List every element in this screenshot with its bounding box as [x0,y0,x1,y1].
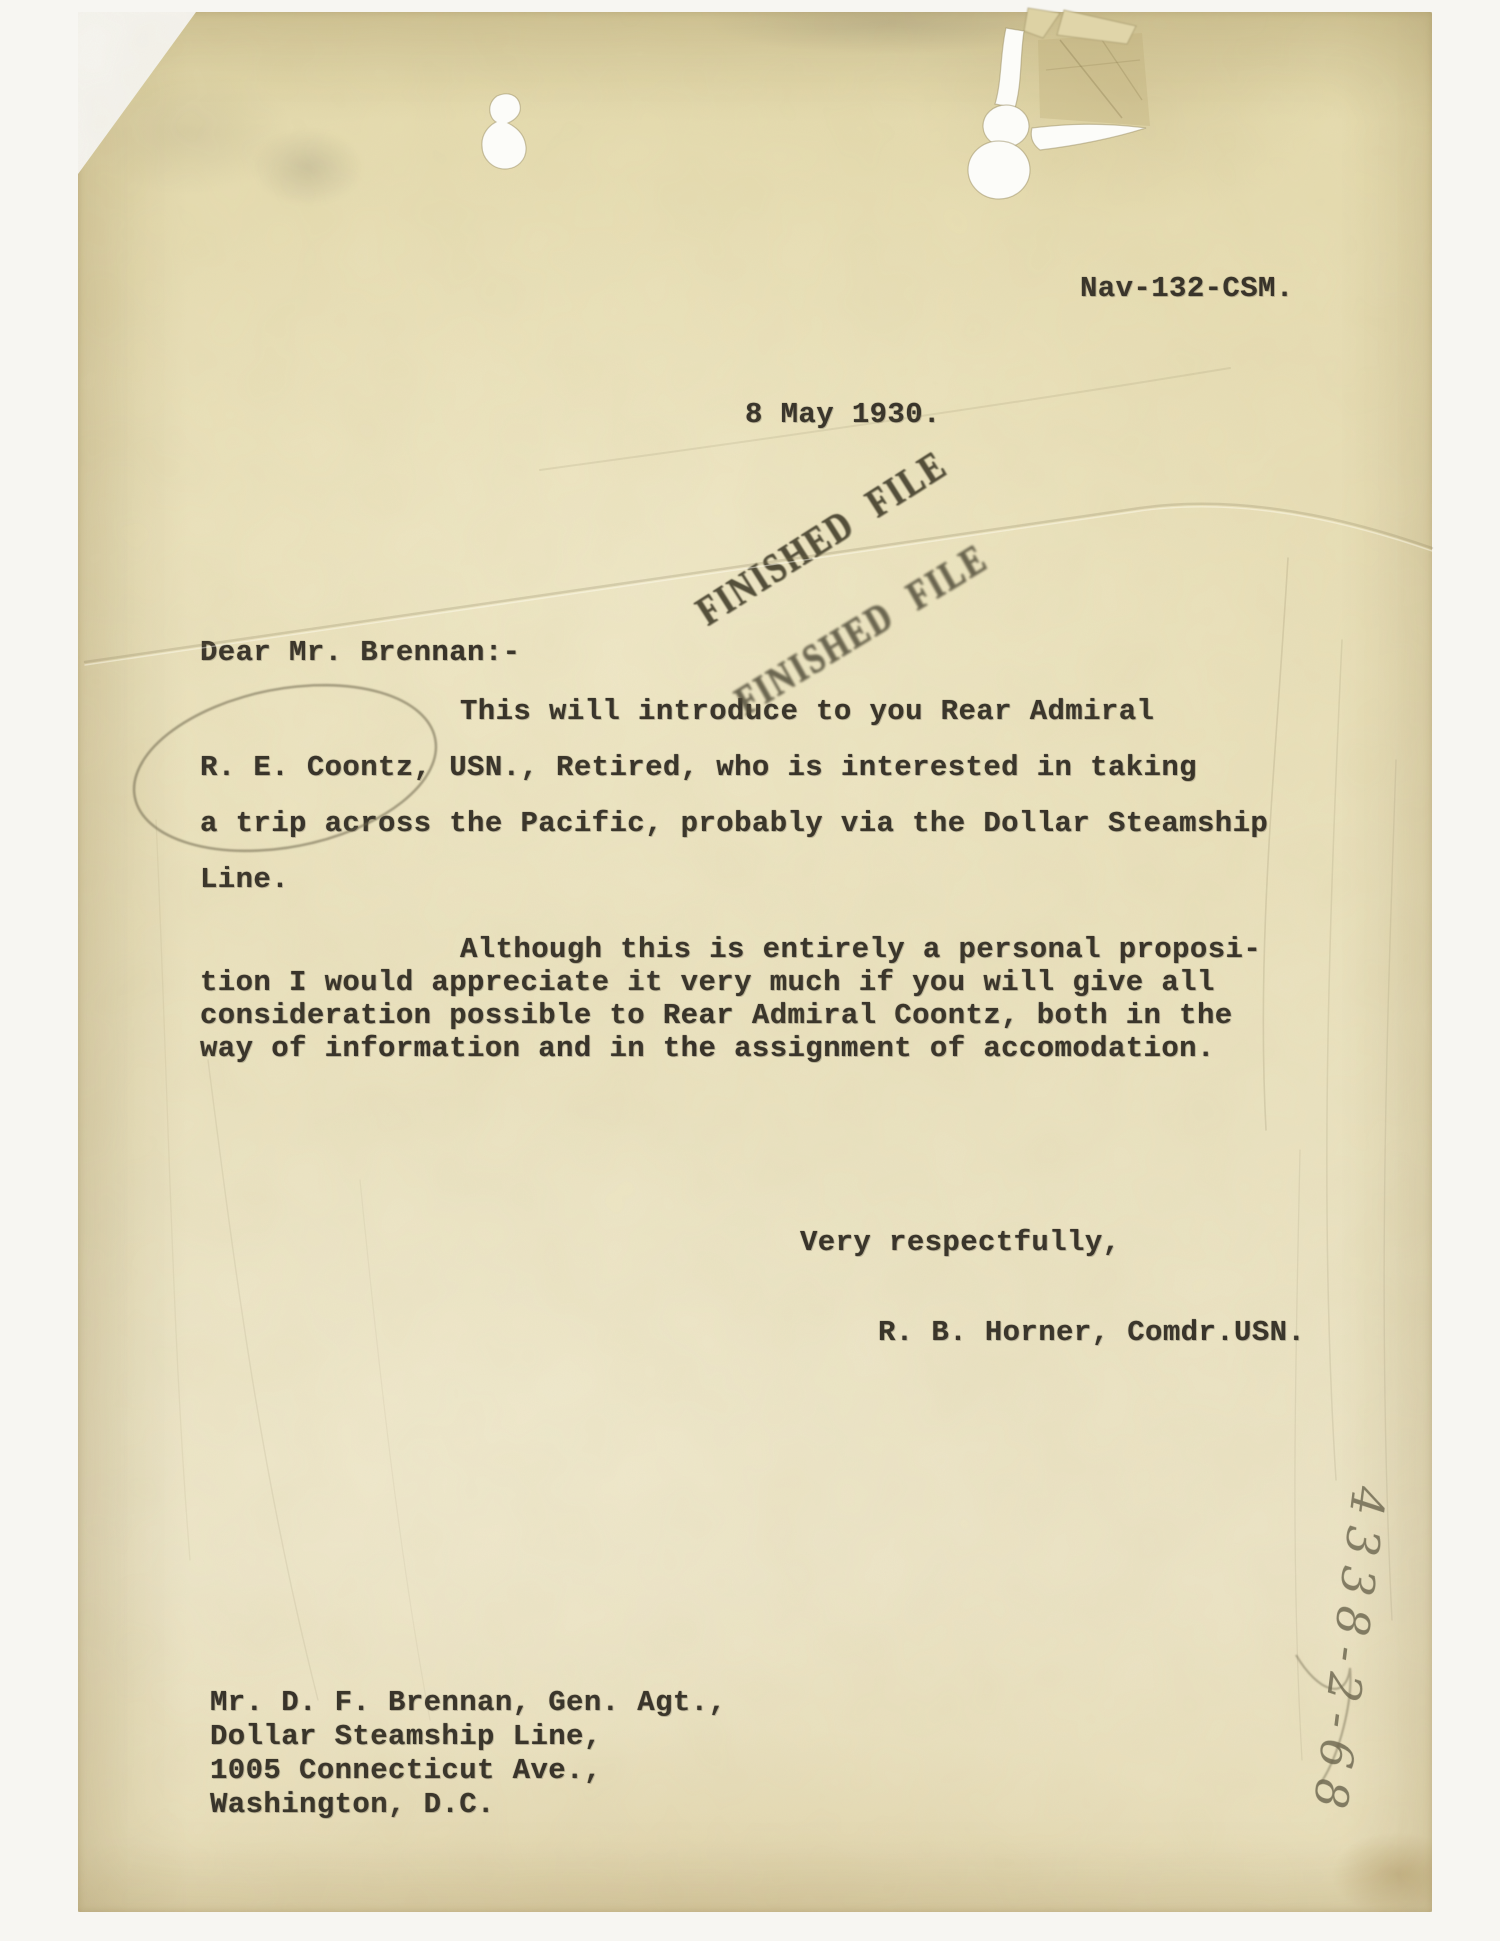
ink-ghost-smudge [228,107,388,227]
recipient-city: Washington, D.C. [210,1788,495,1821]
paragraph1-line3: a trip across the Pacific, probably via … [200,807,1268,840]
recipient-company: Dollar Steamship Line, [210,1720,602,1753]
recipient-name: Mr. D. F. Brennan, Gen. Agt., [210,1686,726,1719]
paragraph2-line3: consideration possible to Rear Admiral C… [200,999,1233,1032]
recipient-street: 1005 Connecticut Ave., [210,1754,602,1787]
paragraph2-line1: Although this is entirely a personal pro… [460,933,1261,966]
scanned-letter-page: Nav-132-CSM. 8 May 1930. Dear Mr. Brenna… [0,0,1500,1941]
date-line: 8 May 1930. [745,398,941,431]
signature-line: R. B. Horner, Comdr.USN. [878,1316,1305,1349]
paragraph2-line4: way of information and in the assignment… [200,1032,1215,1065]
paragraph1-line4: Line. [200,863,289,896]
salutation: Dear Mr. Brennan:- [200,636,520,669]
paragraph1-line1: This will introduce to you Rear Admiral [460,695,1154,728]
closing-line: Very respectfully, [800,1226,1120,1259]
paragraph2-line2: tion I would appreciate it very much if … [200,966,1215,999]
folded-corner [78,12,318,252]
reference-number: Nav-132-CSM. [1080,272,1294,305]
paragraph1-line2: R. E. Coontz, USN., Retired, who is inte… [200,751,1197,784]
